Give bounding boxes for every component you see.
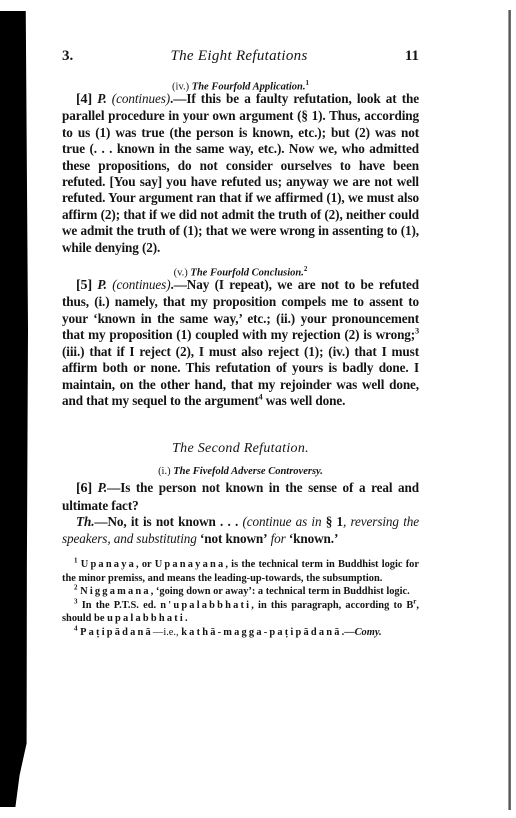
subsection-heading-fourfold-application: (iv.) The Fourfold Application.1	[62, 75, 419, 91]
paragraph-4: [4] P. (continues).—If this be a faulty …	[62, 91, 419, 256]
footnote-ref: 1	[305, 79, 309, 87]
book-page: 3. The Eight Refutations 11 (iv.) The Fo…	[62, 48, 419, 640]
footnote-ref: 2	[304, 265, 308, 273]
speaker: P.	[97, 91, 106, 106]
footnote-ref: 3	[415, 327, 419, 336]
paragraph-6: [6] P.—Is the person not known in the se…	[62, 480, 419, 514]
scan-page-edge	[508, 10, 511, 810]
section-title: The Second Refutation.	[62, 439, 419, 459]
page-number: 11	[405, 48, 419, 65]
speaker: P.	[98, 480, 107, 495]
footnote-2: 2 Niggamana, ‘going down or away’: a tec…	[62, 585, 419, 599]
chapter-number: 3.	[62, 48, 73, 65]
paragraph-6-reply: Th.—No, it is not known . . . (continue …	[62, 514, 419, 547]
footnote-1: 1 Upanaya, or Upanayana, is the technica…	[62, 558, 419, 585]
subsection-heading-fourfold-conclusion: (v.) The Fourfold Conclusion.2	[62, 261, 419, 277]
footnote-4: 4 Paṭipādanā—i.e., kathā-magga-paṭipādan…	[62, 626, 419, 640]
footnote-3: 3 In the P.T.S. ed. n'upalabbhati, in th…	[62, 599, 419, 626]
speaker: Th.	[76, 514, 94, 529]
subsection-heading-fivefold-adverse: (i.) The Fivefold Adverse Controversy.	[62, 464, 419, 480]
running-head: 3. The Eight Refutations 11	[62, 48, 419, 70]
running-title: The Eight Refutations	[170, 48, 307, 65]
speaker: P.	[97, 277, 106, 292]
footnotes: 1 Upanaya, or Upanayana, is the technica…	[62, 558, 419, 640]
scan-binding-shadow	[0, 11, 28, 807]
paragraph-5: [5] P. (continues).—Nay (I repeat), we a…	[62, 277, 419, 409]
